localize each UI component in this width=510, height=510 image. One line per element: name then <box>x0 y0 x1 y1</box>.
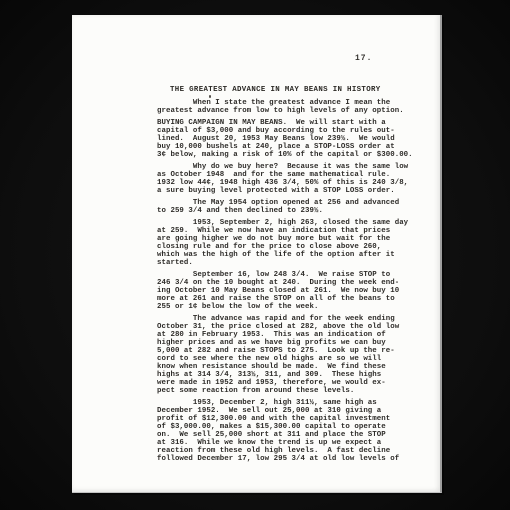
page-number: 17. <box>355 54 372 63</box>
paragraph-advance-rapid: The advance was rapid and for the week e… <box>157 315 429 395</box>
document-page: 17. THE GREATEST ADVANCE IN MAY BEANS IN… <box>72 15 442 493</box>
paragraph-why-buy: Why do we buy here? Because it was the s… <box>157 163 429 195</box>
paragraph-september-16-stop: September 16, low 248 3/4. We raise STOP… <box>157 271 429 311</box>
paragraph-september-2-high: 1953, September 2, high 263, closed the … <box>157 219 429 267</box>
document-body: THE GREATEST ADVANCE IN MAY BEANS IN HIS… <box>157 86 429 467</box>
paragraph-december-2-high: 1953, December 2, high 311½, same high a… <box>157 399 429 463</box>
paragraph-buying-campaign: BUYING CAMPAIGN IN MAY BEANS. We will st… <box>157 119 429 159</box>
document-title: THE GREATEST ADVANCE IN MAY BEANS IN HIS… <box>170 86 429 94</box>
scan-background: 17. THE GREATEST ADVANCE IN MAY BEANS IN… <box>0 0 510 510</box>
paragraph-intro: When I state the greatest advance I mean… <box>157 99 429 115</box>
paragraph-may-1954-option: The May 1954 option opened at 256 and ad… <box>157 199 429 215</box>
